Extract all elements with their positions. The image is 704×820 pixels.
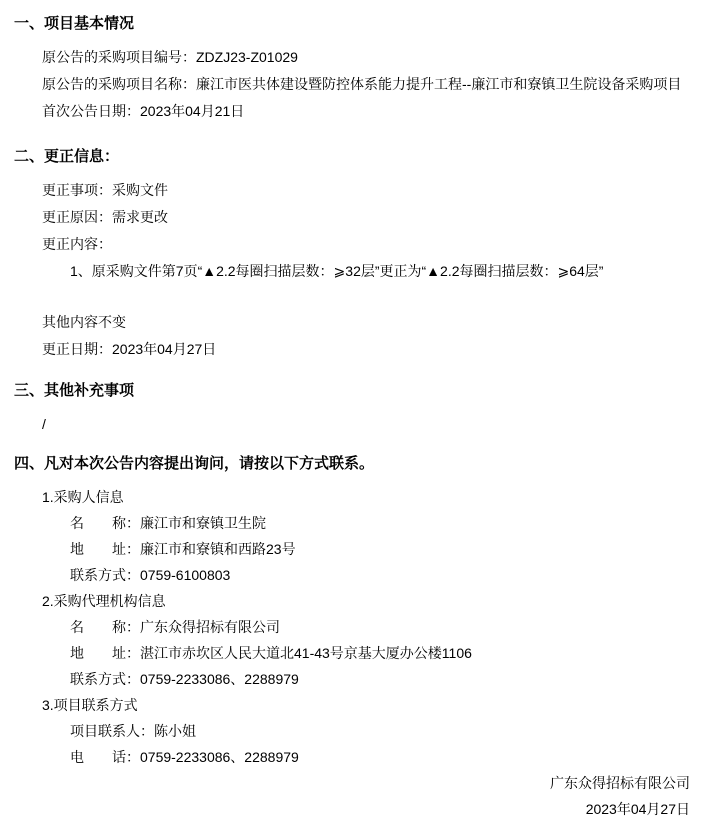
first-notice-date-line: 首次公告日期：2023年04月21日	[42, 98, 690, 125]
correction-content-item: 1、原采购文件第7页“▲2.2每圈扫描层数：⩾32层”更正为“▲2.2每圈扫描层…	[70, 258, 690, 285]
signature-company: 广东众得招标有限公司	[14, 770, 690, 796]
project-number-line: 原公告的采购项目编号：ZDZJ23-Z01029	[42, 44, 690, 71]
agency-name-line: 名 称：广东众得招标有限公司	[70, 614, 690, 640]
agency-title: 2.采购代理机构信息	[42, 588, 690, 614]
correction-reason-line: 更正原因：需求更改	[42, 204, 690, 231]
agency-address-line: 地 址：湛江市赤坎区人民大道北41-43号京基大厦办公楼1106	[70, 640, 690, 666]
project-contact-person-line: 项目联系人：陈小姐	[70, 718, 690, 744]
agency-contact-line: 联系方式：0759-2233086、2288979	[70, 666, 690, 692]
correction-date-line: 更正日期：2023年04月27日	[42, 336, 690, 363]
blank-line	[14, 285, 690, 309]
correction-content-label: 更正内容：	[42, 231, 690, 258]
section2-heading: 二、更正信息：	[14, 143, 690, 170]
project-contact-phone-line: 电 话：0759-2233086、2288979	[70, 744, 690, 770]
purchaser-name-line: 名 称：廉江市和寮镇卫生院	[70, 510, 690, 536]
correction-notice-document: 一、项目基本情况 原公告的采购项目编号：ZDZJ23-Z01029 原公告的采购…	[0, 0, 704, 820]
correction-item-line: 更正事项：采购文件	[42, 177, 690, 204]
project-name-line: 原公告的采购项目名称：廉江市医共体建设暨防控体系能力提升工程--廉江市和寮镇卫生…	[42, 71, 690, 98]
other-content-line: 其他内容不变	[42, 309, 690, 336]
section3-heading: 三、其他补充事项	[14, 377, 690, 404]
signature-date: 2023年04月27日	[14, 796, 690, 820]
purchaser-title: 1.采购人信息	[42, 484, 690, 510]
section3-content: /	[42, 411, 690, 438]
section4-heading: 四、凡对本次公告内容提出询问，请按以下方式联系。	[14, 450, 690, 477]
purchaser-contact-line: 联系方式：0759-6100803	[70, 562, 690, 588]
purchaser-address-line: 地 址：廉江市和寮镇和西路23号	[70, 536, 690, 562]
section1-heading: 一、项目基本情况	[14, 10, 690, 37]
project-contact-title: 3.项目联系方式	[42, 692, 690, 718]
